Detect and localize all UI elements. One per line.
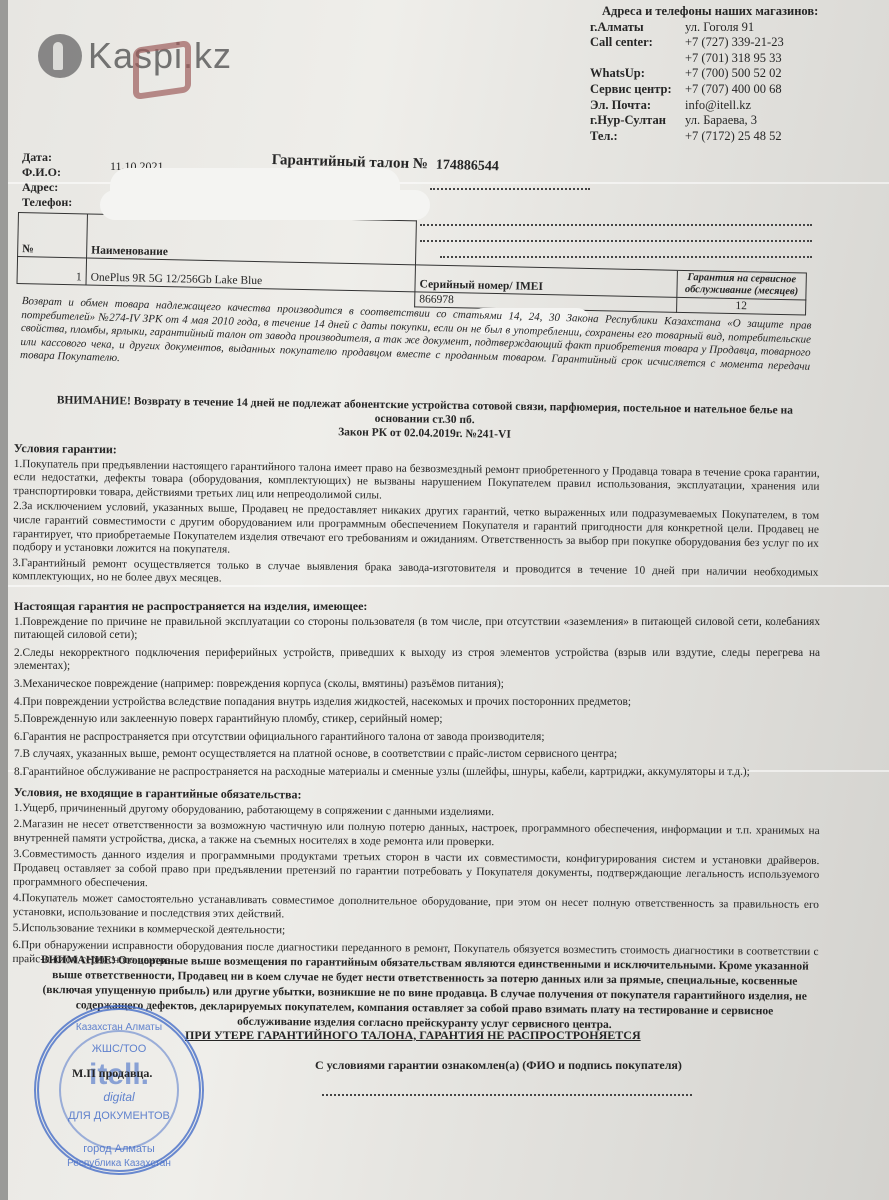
date-label: Дата: — [22, 150, 72, 165]
store-contacts: Адреса и телефоны наших магазинов: г.Алм… — [590, 4, 818, 144]
list-item: 5.Поврежденную или заклеенную поверх гар… — [14, 713, 820, 727]
store-row: Call center:+7 (727) 339-21-23 — [590, 35, 818, 51]
kaspi-watermark: Kaspi.kz — [38, 34, 232, 78]
redacted-personal-data — [100, 190, 430, 220]
acknowledgement-label: С условиями гарантии ознакомлен(а) (ФИО … — [315, 1058, 682, 1073]
list-item: 2.За исключением условий, указанных выше… — [13, 500, 820, 564]
store-row: г.Алматыул. Гоголя 91 — [590, 20, 818, 36]
list-item: 4.Покупатель может самостоятельно устана… — [13, 892, 819, 926]
col-no-header: № — [18, 213, 88, 258]
list-item: 6.Гарантия не распространяется при отсут… — [14, 731, 820, 745]
store-row: +7 (701) 318 95 33 — [590, 51, 818, 67]
kaspi-person-icon — [38, 34, 82, 78]
store-row: Сервис центр:+7 (707) 400 00 68 — [590, 82, 818, 98]
row-no: 1 — [17, 257, 87, 285]
list-item: 2.Магазин не несет ответственности за во… — [13, 818, 819, 852]
signature-line — [322, 1094, 692, 1096]
col-warranty-header: Гарантия на сервисное обслуживание (меся… — [677, 270, 807, 300]
store-contacts-title: Адреса и телефоны наших магазинов: — [602, 4, 818, 20]
warranty-months: 12 — [677, 297, 806, 315]
seal-label: М.П продавца. — [72, 1066, 152, 1081]
address-label: Адрес: — [22, 180, 72, 195]
phone-label: Телефон: — [22, 195, 72, 210]
list-item: 2.Следы некорректного подключения перифе… — [14, 647, 820, 674]
number-underline — [430, 188, 590, 190]
warranty-number: 174886544 — [436, 158, 499, 175]
list-item: 8.Гарантийное обслуживание не распростра… — [14, 766, 820, 780]
list-item: 4.При повреждении устройства вследствие … — [14, 696, 820, 710]
store-row: Тел.:+7 (7172) 25 48 52 — [590, 129, 818, 145]
col-name-header: Наименование — [87, 214, 417, 265]
list-item: 1.Покупатель при предъявлении настоящего… — [13, 458, 819, 509]
warranty-conditions: Условия гарантии: 1.Покупатель при предъ… — [12, 442, 820, 596]
itell-logo-icon — [133, 40, 191, 100]
list-item: 3.Совместимость данного изделия и програ… — [13, 848, 819, 896]
store-row: Эл. Почта:info@itell.kz — [590, 98, 818, 114]
company-stamp: Казахстан Алматы ЖШС/ТОО itell. digital … — [34, 1005, 204, 1175]
customer-labels: Дата: Ф.И.О: Адрес: Телефон: — [22, 150, 72, 210]
list-item: 3.Механическое повреждение (например: по… — [14, 678, 820, 692]
lost-coupon-notice: ПРИ УТЕРЕ ГАРАНТИЙНОГО ТАЛОНА, ГАРАНТИЯ … — [185, 1028, 641, 1043]
list-item: 7.В случаях, указанных выше, ремонт осущ… — [14, 748, 820, 762]
fio-label: Ф.И.О: — [22, 165, 72, 180]
store-row: г.Нур-Султанул. Бараева, 3 — [590, 113, 818, 129]
store-row: WhatsUp:+7 (700) 500 52 02 — [590, 66, 818, 82]
section-title: Настоящая гарантия не распространяется н… — [14, 600, 820, 614]
list-item: 1.Повреждение по причине не правильной э… — [14, 616, 820, 643]
warranty-exclusions: Настоящая гарантия не распространяется н… — [14, 600, 820, 784]
not-included-conditions: Условия, не входящие в гарантийные обяза… — [12, 786, 820, 976]
